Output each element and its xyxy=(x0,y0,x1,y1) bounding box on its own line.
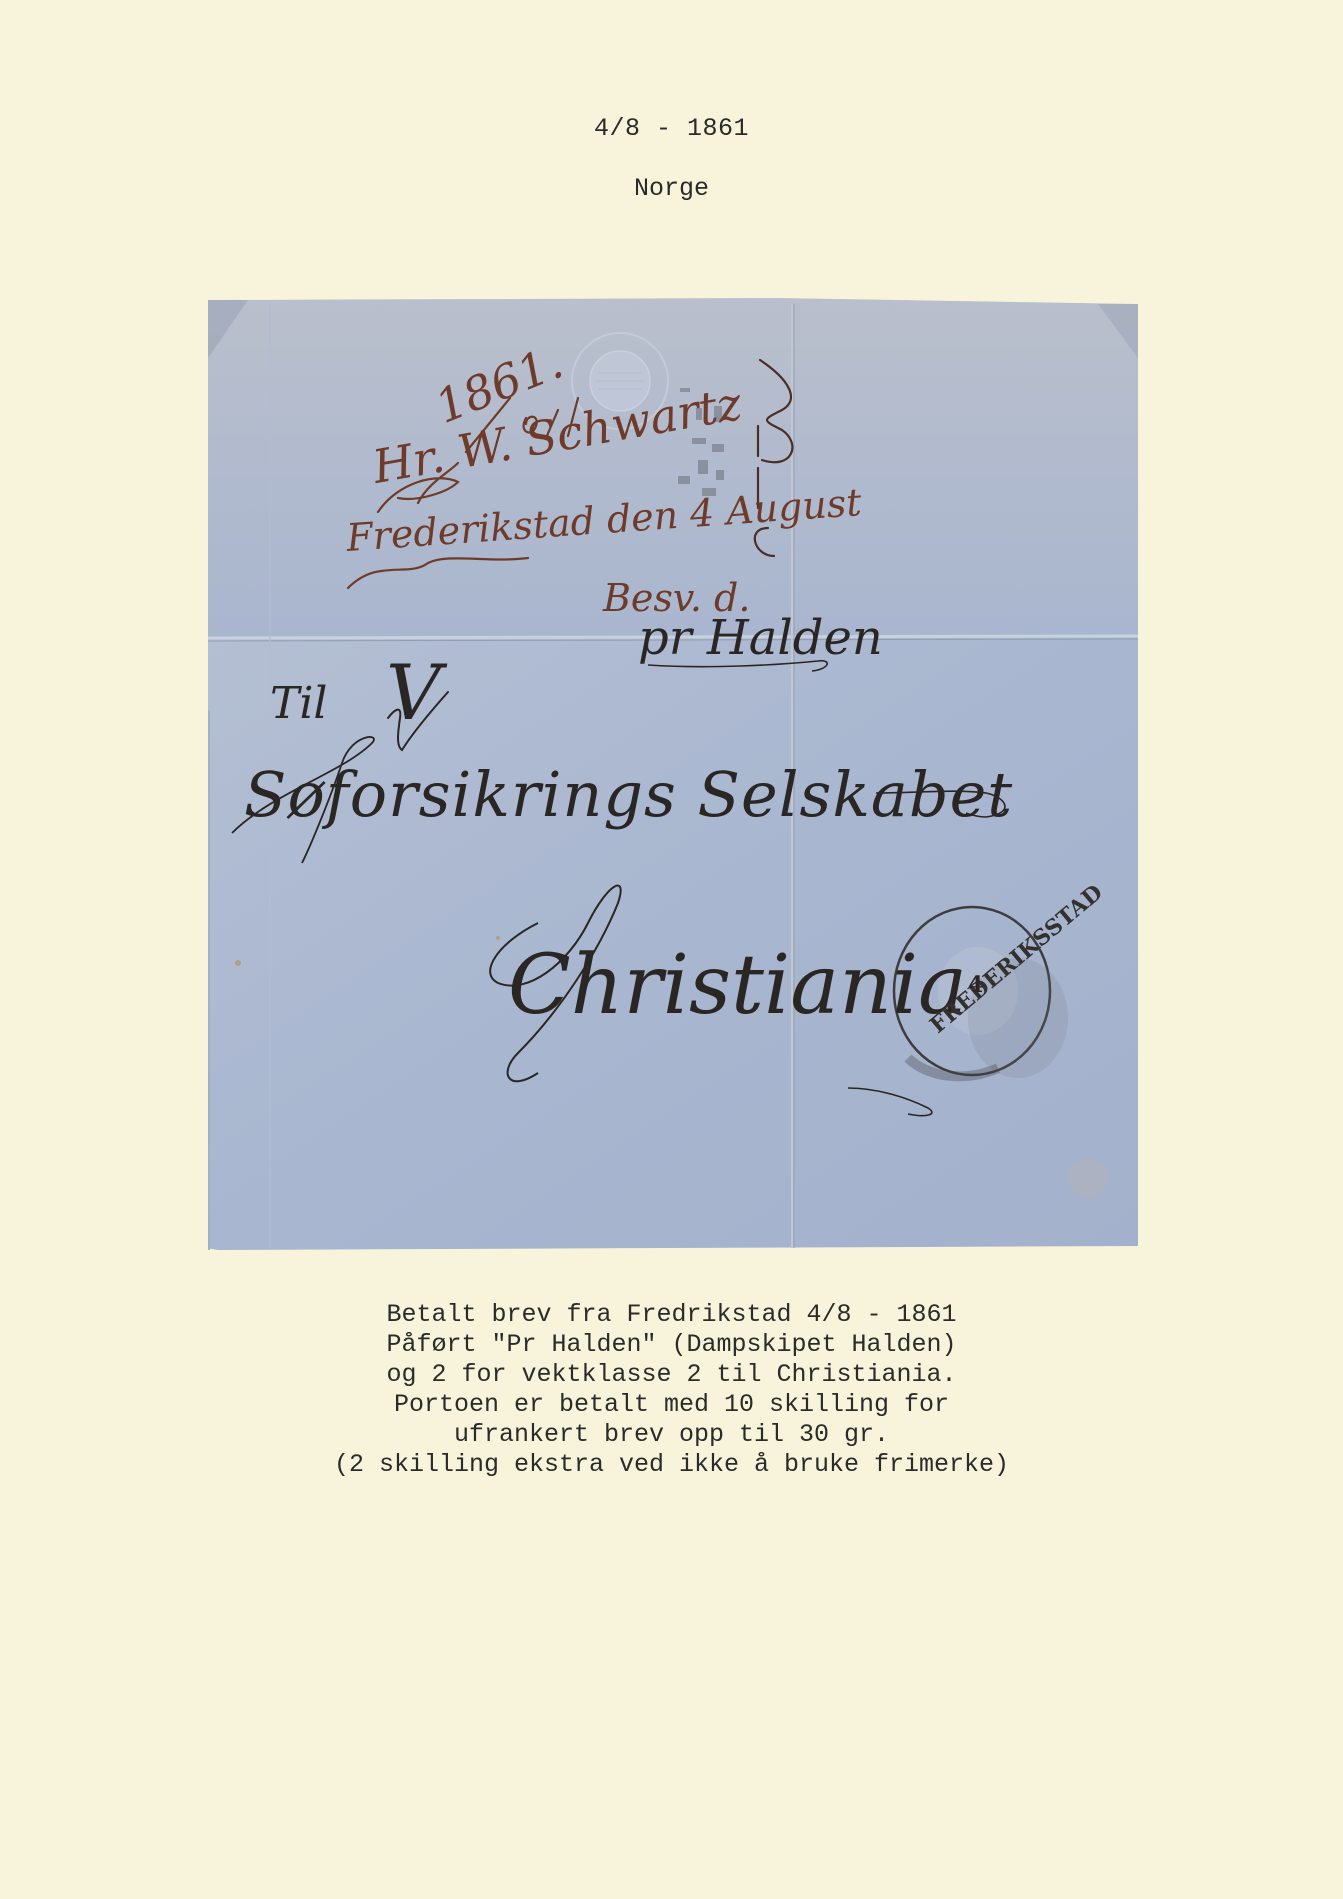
caption-line: Portoen er betalt med 10 skilling for xyxy=(0,1390,1343,1420)
letter-cover: 1861. Hr. W. Schwartz Frederikstad den 4… xyxy=(208,298,1138,1253)
caption-line: Påført "Pr Halden" (Dampskipet Halden) xyxy=(0,1330,1343,1360)
address-city: Christiania xyxy=(508,938,967,1033)
header-date: 4/8 - 1861 xyxy=(0,114,1343,143)
caption: Betalt brev fra Fredrikstad 4/8 - 1861 P… xyxy=(0,1300,1343,1480)
caption-line: (2 skilling ekstra ved ikke å bruke frim… xyxy=(0,1450,1343,1480)
address-recipient: Søforsikrings Selskabet xyxy=(244,758,1013,831)
caption-line: Betalt brev fra Fredrikstad 4/8 - 1861 xyxy=(0,1300,1343,1330)
caption-line: og 2 for vektklasse 2 til Christiania. xyxy=(0,1360,1343,1390)
address-prefix: Til xyxy=(270,678,328,729)
route-note: pr Halden xyxy=(638,610,883,666)
postmark-day: 4 xyxy=(968,972,983,998)
header-country: Norge xyxy=(0,174,1343,203)
weight-mark: V xyxy=(386,648,441,737)
caption-line: ufrankert brev opp til 30 gr. xyxy=(0,1420,1343,1450)
